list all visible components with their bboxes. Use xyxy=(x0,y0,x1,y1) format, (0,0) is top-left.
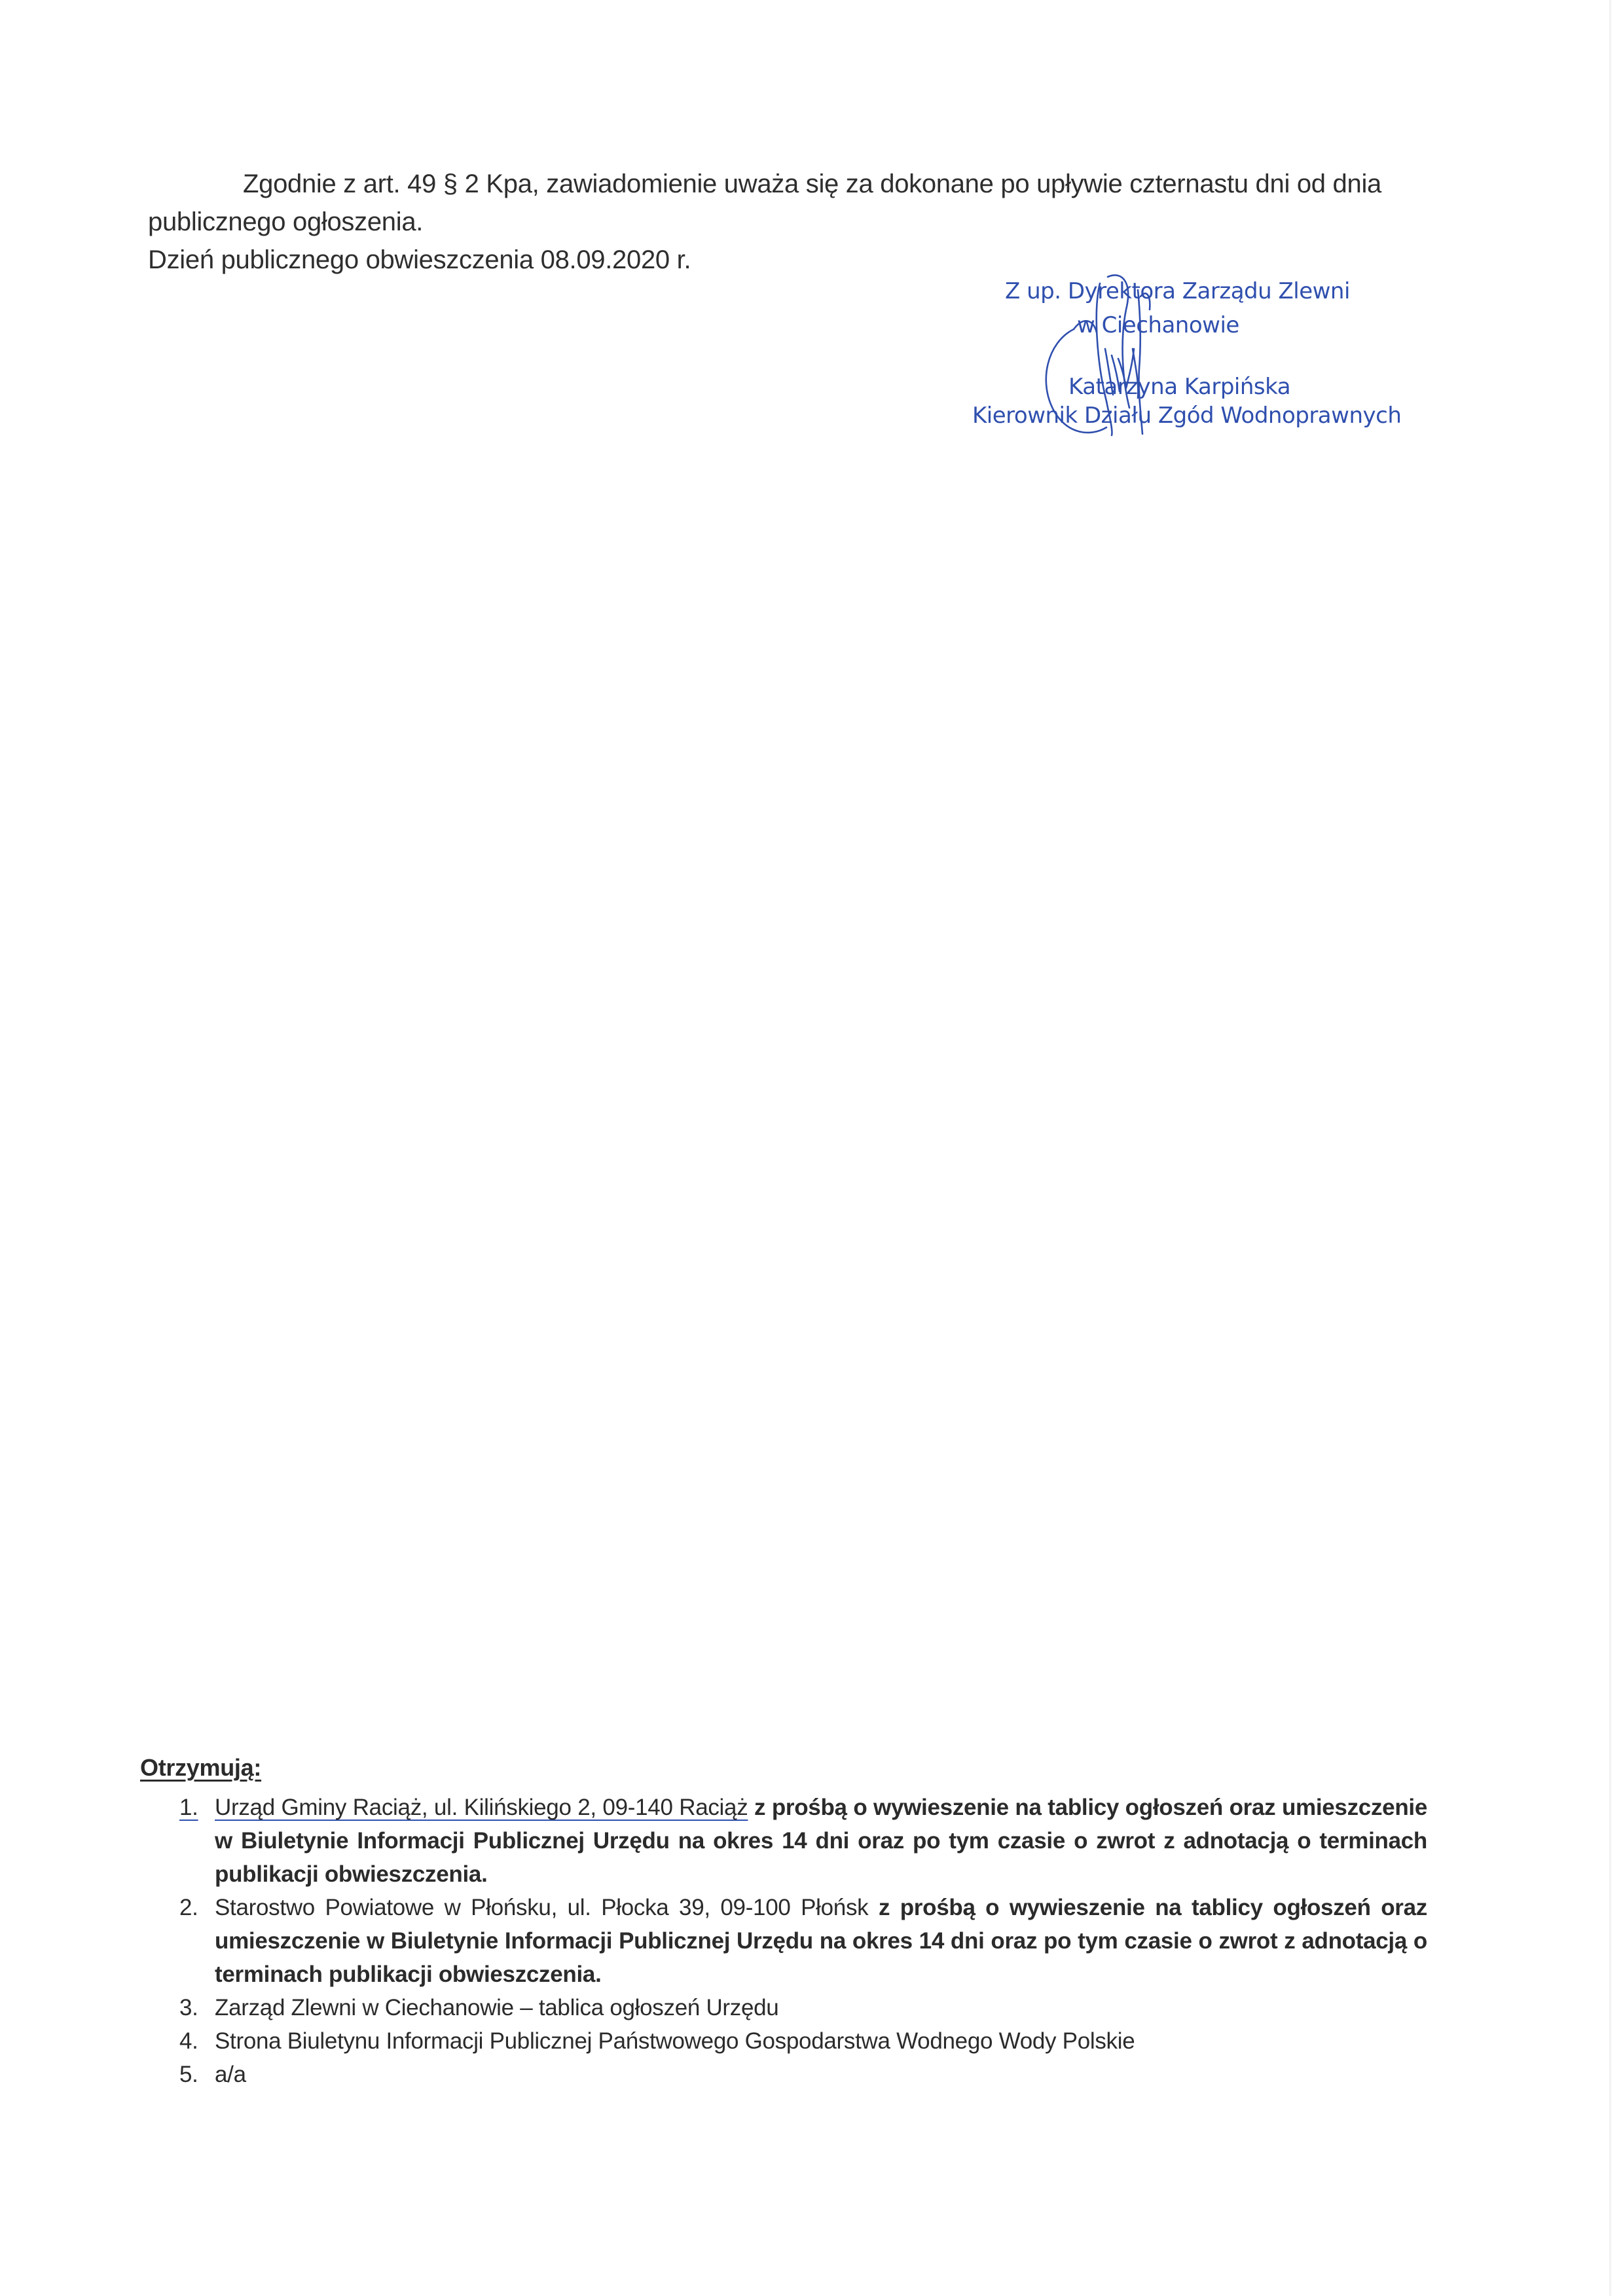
scan-page-edge xyxy=(1609,0,1611,2296)
recipient-text: Zarząd Zlewni w Ciechanowie – tablica og… xyxy=(215,1995,778,2020)
recipient-number: 2. xyxy=(179,1891,198,1924)
recipient-item: 3. Zarząd Zlewni w Ciechanowie – tablica… xyxy=(140,1991,1450,2024)
recipients-list: 1. Urząd Gminy Raciąż, ul. Kilińskiego 2… xyxy=(140,1791,1450,2091)
recipient-address: Urząd Gminy Raciąż, ul. Kilińskiego 2, 0… xyxy=(215,1795,748,1820)
notice-paragraph: Zgodnie z art. 49 § 2 Kpa, zawiadomienie… xyxy=(148,165,1457,279)
recipient-item: 5. a/a xyxy=(140,2058,1450,2091)
recipient-text: Strona Biuletynu Informacji Publicznej P… xyxy=(215,2028,1135,2054)
recipient-item: 1. Urząd Gminy Raciąż, ul. Kilińskiego 2… xyxy=(140,1791,1450,1891)
recipients-section: Otrzymują: 1. Urząd Gminy Raciąż, ul. Ki… xyxy=(140,1754,1450,2091)
notice-line-continuation: publicznego ogłoszenia. xyxy=(148,203,1457,241)
recipient-number: 3. xyxy=(179,1991,198,2024)
handwritten-signature-icon xyxy=(1034,270,1185,440)
signature-stamp: Z up. Dyrektora Zarządu Zlewni w Ciechan… xyxy=(969,278,1440,448)
recipient-item: 4. Strona Biuletynu Informacji Publiczne… xyxy=(140,2024,1450,2058)
recipient-number: 1. xyxy=(179,1791,198,1824)
notice-publication-date: Dzień publicznego obwieszczenia 08.09.20… xyxy=(148,241,1457,279)
recipient-text: a/a xyxy=(215,2062,246,2087)
recipients-title: Otrzymują: xyxy=(140,1754,1450,1782)
notice-line-legal-basis: Zgodnie z art. 49 § 2 Kpa, zawiadomienie… xyxy=(148,165,1457,203)
recipient-number: 5. xyxy=(179,2058,198,2091)
recipient-item: 2. Starostwo Powiatowe w Płońsku, ul. Pł… xyxy=(140,1891,1450,1991)
recipient-number: 4. xyxy=(179,2024,198,2058)
recipient-address: Starostwo Powiatowe w Płońsku, ul. Płock… xyxy=(215,1895,868,1920)
